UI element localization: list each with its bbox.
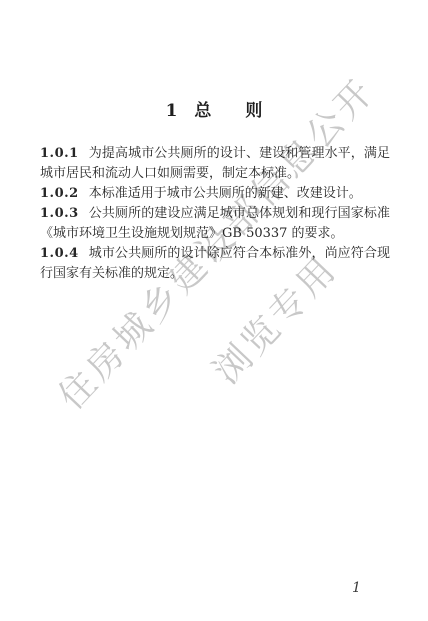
clause-text: 本标准适用于城市公共厕所的新建、改建设计。	[89, 186, 362, 201]
clause-number: 1.0.2	[40, 186, 79, 201]
document-page: 住房城乡建设部信息公开 浏览专用 1 总 则 1.0.1为提高城市公共厕所的设计…	[0, 0, 428, 621]
clause-text: 城市公共厕所的设计除应符合本标准外，尚应符合现行国家有关标准的规定。	[40, 246, 390, 281]
clause-1-0-3: 1.0.3公共厕所的建设应满足城市总体规划和现行国家标准《城市环境卫生设施规划规…	[40, 204, 390, 244]
chapter-title: 1 总 则	[0, 100, 428, 122]
clause-number: 1.0.3	[40, 206, 79, 221]
clause-number: 1.0.4	[40, 246, 79, 261]
clause-1-0-2: 1.0.2本标准适用于城市公共厕所的新建、改建设计。	[40, 184, 390, 204]
clause-number: 1.0.1	[40, 146, 79, 161]
page-number: 1	[352, 580, 361, 596]
clause-1-0-1: 1.0.1为提高城市公共厕所的设计、建设和管理水平，满足城市居民和流动人口如厕需…	[40, 144, 390, 184]
clause-text: 公共厕所的建设应满足城市总体规划和现行国家标准《城市环境卫生设施规划规范》GB …	[40, 206, 390, 241]
clause-1-0-4: 1.0.4城市公共厕所的设计除应符合本标准外，尚应符合现行国家有关标准的规定。	[40, 244, 390, 284]
document-body: 1.0.1为提高城市公共厕所的设计、建设和管理水平，满足城市居民和流动人口如厕需…	[40, 144, 390, 284]
clause-text: 为提高城市公共厕所的设计、建设和管理水平，满足城市居民和流动人口如厕需要，制定本…	[40, 146, 390, 181]
